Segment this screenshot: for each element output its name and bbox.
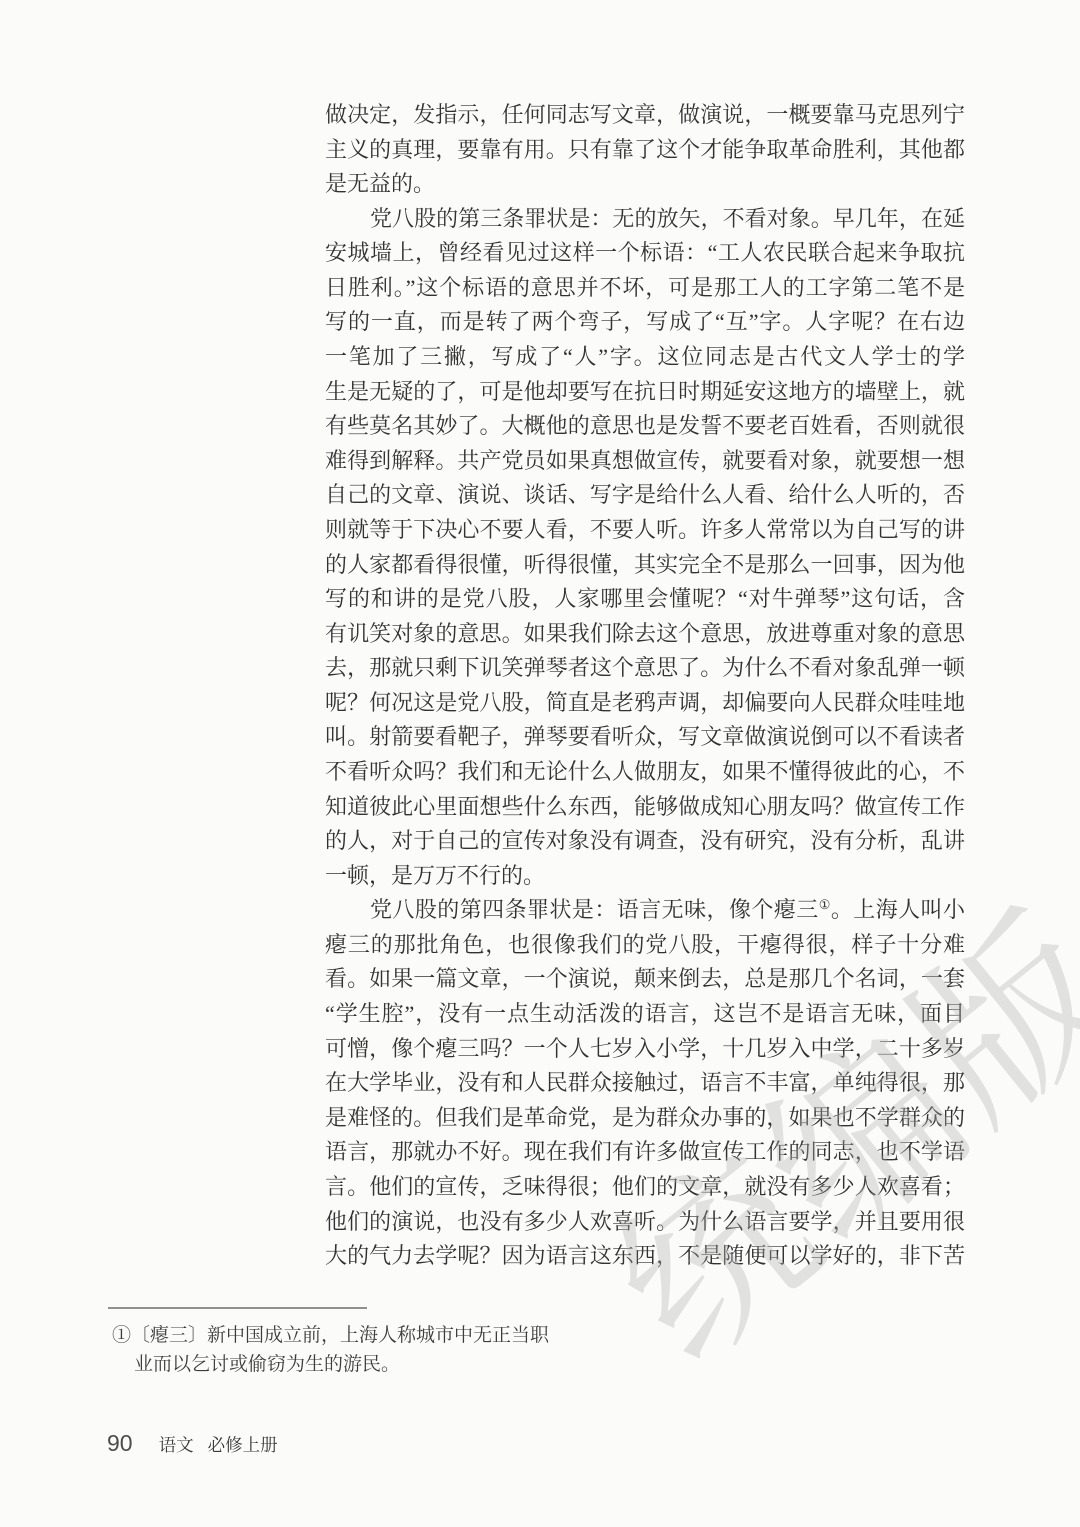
body-text-line: 呢？何况这是党八股，简直是老鸦声调，却偏要向人民群众哇哇地 — [325, 686, 965, 721]
volume-label: 必修上册 — [208, 1432, 278, 1457]
body-text-line: 大的气力去学呢？因为语言这东西，不是随便可以学好的，非下苦 — [325, 1239, 965, 1274]
body-text-line: 难得到解释。共产党员如果真想做宣传，就要看对象，就要想一想 — [325, 444, 965, 479]
body-text-line: 有讥笑对象的意思。如果我们除去这个意思，放进尊重对象的意思 — [325, 617, 965, 652]
body-text-line: 去，那就只剩下讥笑弹琴者这个意思了。为什么不看对象乱弹一顿 — [325, 651, 965, 686]
textbook-page: 做决定，发指示，任何同志写文章，做演说，一概要靠马克思列宁主义的真理，要靠有用。… — [0, 0, 1080, 1527]
body-text-line: “学生腔”，没有一点生动活泼的语言，这岂不是语言无味，面目 — [325, 997, 965, 1032]
body-text-line: 一顿，是万万不行的。 — [325, 859, 965, 894]
body-text-line: 写的一直，而是转了两个弯子，写成了“互”字。人字呢？在右边 — [325, 305, 965, 340]
body-text-line: 党八股的第三条罪状是：无的放矢，不看对象。早几年，在延 — [325, 202, 965, 237]
body-text-line: 则就等于下决心不要人看，不要人听。许多人常常以为自己写的讲 — [325, 513, 965, 548]
body-text-line: 党八股的第四条罪状是：语言无味，像个瘪三①。上海人叫小 — [325, 893, 965, 928]
footnote-divider — [108, 1307, 367, 1309]
body-text-line: 生是无疑的了，可是他却要写在抗日时期延安这地方的墙壁上，就 — [325, 375, 965, 410]
body-text-line: 他们的演说，也没有多少人欢喜听。为什么语言要学，并且要用很 — [325, 1205, 965, 1240]
body-text-line: 在大学毕业，没有和人民群众接触过，语言不丰富，单纯得很，那 — [325, 1066, 965, 1101]
body-text-line: 不看听众吗？我们和无论什么人做朋友，如果不懂得彼此的心，不 — [325, 755, 965, 790]
body-text-line: 语言，那就办不好。现在我们有许多做宣传工作的同志，也不学语 — [325, 1135, 965, 1170]
body-text-line: 一笔加了三撇，写成了“人”字。这位同志是古代文人学士的学 — [325, 340, 965, 375]
subject-label: 语文 — [159, 1432, 194, 1457]
footnote-line: 业而以乞讨或偷窃为生的游民。 — [134, 1351, 552, 1380]
body-text-line: 有些莫名其妙了。大概他的意思也是发誓不要老百姓看，否则就很 — [325, 409, 965, 444]
page-number: 90 — [107, 1430, 133, 1457]
body-text: 做决定，发指示，任何同志写文章，做演说，一概要靠马克思列宁主义的真理，要靠有用。… — [325, 98, 965, 1274]
body-text-line: 瘪三的那批角色，也很像我们的党八股，干瘪得很，样子十分难 — [325, 928, 965, 963]
footnote-line: ①〔瘪三〕新中国成立前，上海人称城市中无正当职 — [112, 1322, 552, 1351]
body-text-line: 做决定，发指示，任何同志写文章，做演说，一概要靠马克思列宁 — [325, 98, 965, 133]
body-text-line: 的人，对于自己的宣传对象没有调查，没有研究，没有分析，乱讲 — [325, 824, 965, 859]
body-text-line: 是无益的。 — [325, 167, 965, 202]
body-text-line: 知道彼此心里面想些什么东西，能够做成知心朋友吗？做宣传工作 — [325, 790, 965, 825]
footnote: ①〔瘪三〕新中国成立前，上海人称城市中无正当职业而以乞讨或偷窃为生的游民。 — [112, 1322, 552, 1379]
body-text-line: 叫。射箭要看靶子，弹琴要看听众，写文章做演说倒可以不看读者 — [325, 720, 965, 755]
body-text-line: 主义的真理，要靠有用。只有靠了这个才能争取革命胜利，其他都 — [325, 133, 965, 168]
body-text-line: 日胜利。”这个标语的意思并不坏，可是那工人的工字第二笔不是 — [325, 271, 965, 306]
body-text-line: 言。他们的宣传，乏味得很；他们的文章，就没有多少人欢喜看； — [325, 1170, 965, 1205]
body-text-line: 的人家都看得很懂，听得很懂，其实完全不是那么一回事，因为他 — [325, 548, 965, 583]
page-footer: 90 语文 必修上册 — [107, 1430, 278, 1457]
body-text-line: 可憎，像个瘪三吗？一个人七岁入小学，十几岁入中学，二十多岁 — [325, 1032, 965, 1067]
body-text-line: 自己的文章、演说、谈话、写字是给什么人看、给什么人听的，否 — [325, 478, 965, 513]
body-text-line: 是难怪的。但我们是革命党，是为群众办事的，如果也不学群众的 — [325, 1101, 965, 1136]
body-text-line: 写的和讲的是党八股，人家哪里会懂呢？“对牛弹琴”这句话，含 — [325, 582, 965, 617]
footnote-ref-marker: ① — [819, 897, 831, 912]
body-text-line: 安城墙上，曾经看见过这样一个标语：“工人农民联合起来争取抗 — [325, 236, 965, 271]
body-text-line: 看。如果一篇文章，一个演说，颠来倒去，总是那几个名词，一套 — [325, 962, 965, 997]
